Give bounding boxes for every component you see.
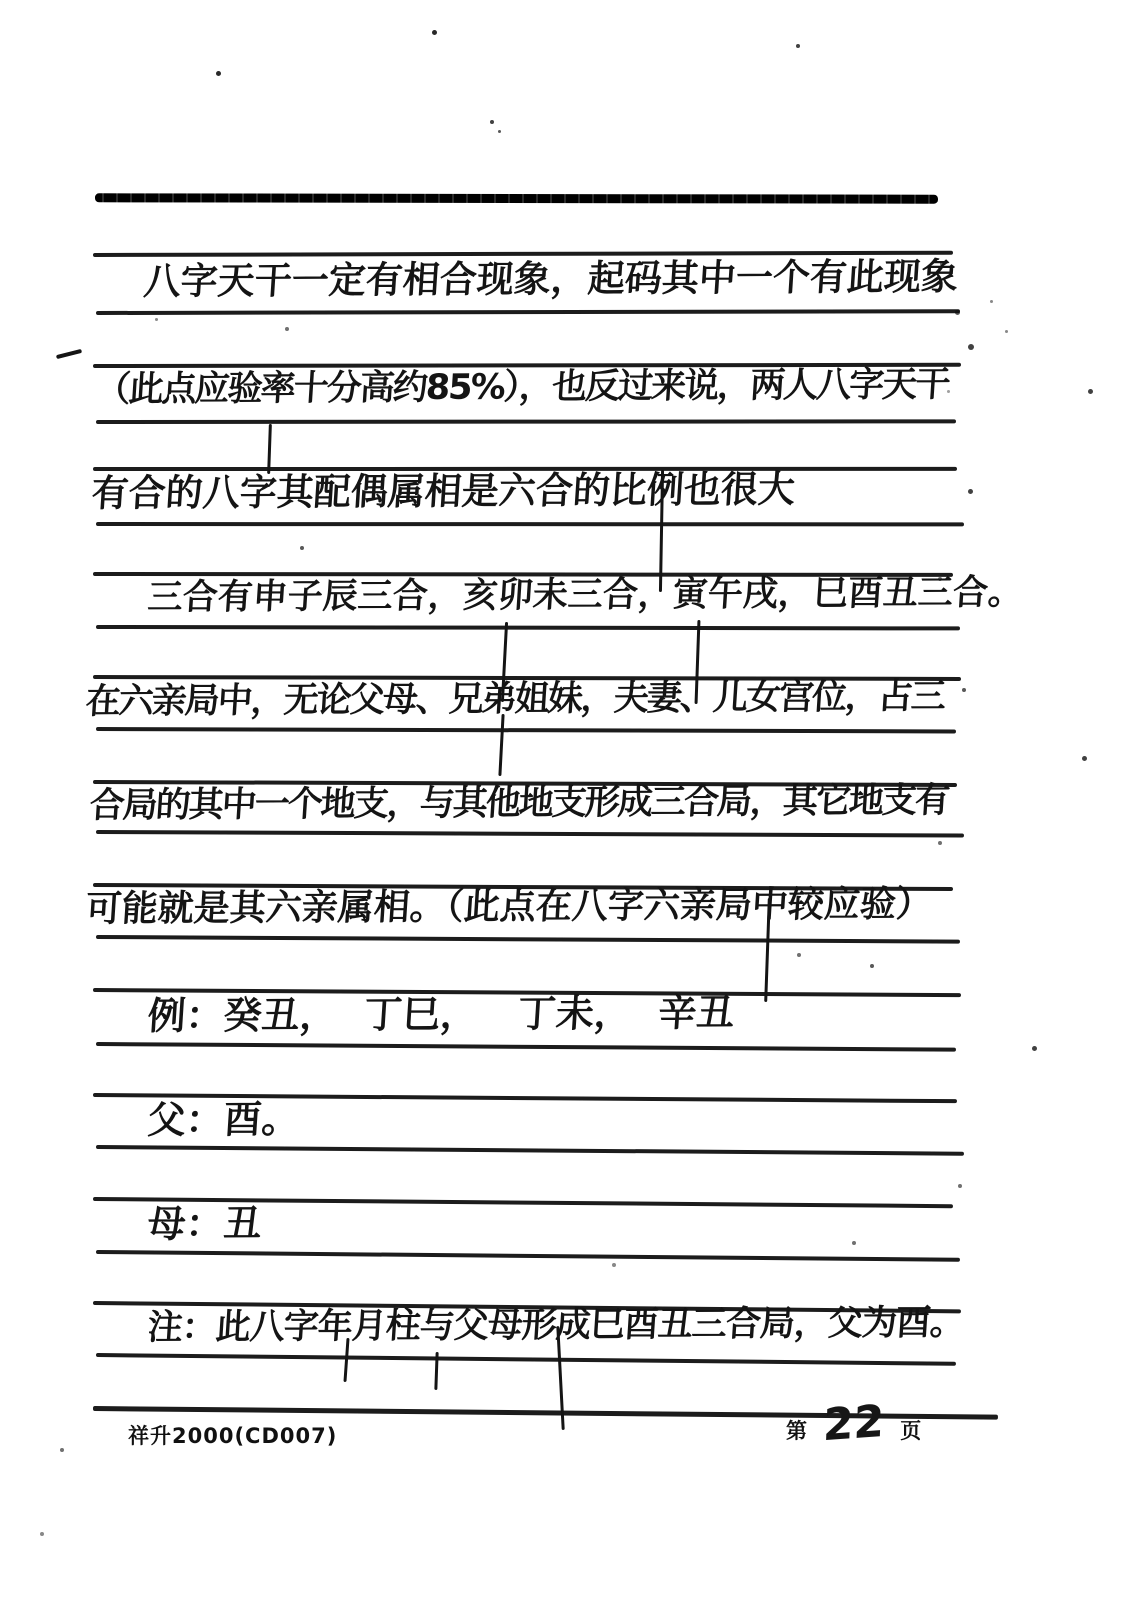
handwritten-line: 在六亲局中，无论父母、兄弟姐妹，夫妻、儿女宫位，占三	[84, 671, 946, 728]
scan-noise-speck	[432, 30, 437, 35]
scan-noise-speck	[938, 841, 942, 845]
scan-noise-speck	[612, 1263, 616, 1267]
handwritten-line: 有合的八字其配偶属相是六合的比例也很大	[90, 464, 797, 520]
scan-noise-speck	[955, 310, 960, 315]
handwritten-line-father: 父：酉。	[146, 1093, 301, 1146]
page-number: 22	[822, 1396, 885, 1452]
ruled-line	[96, 309, 960, 315]
ruled-line	[96, 1250, 960, 1262]
footer-publisher-label: 祥升2000(CD007)	[128, 1420, 337, 1450]
scan-noise-speck	[1005, 330, 1008, 333]
scan-noise-speck	[852, 1241, 856, 1245]
scan-noise-speck	[1032, 1046, 1037, 1051]
ruled-line	[96, 935, 960, 944]
scan-noise-speck	[870, 964, 874, 968]
ruled-line	[96, 1042, 956, 1052]
decorative-top-border	[95, 193, 938, 203]
scan-noise-speck	[216, 71, 221, 76]
scan-noise-speck	[1082, 756, 1087, 761]
handwritten-line: 三合有申子辰三合，亥卯未三合，寅午戌，巳酉丑三合。	[146, 567, 1025, 624]
scan-noise-speck	[300, 546, 304, 550]
scan-noise-speck	[490, 120, 494, 124]
ruled-line	[96, 1353, 956, 1366]
ink-stroke	[434, 1352, 438, 1390]
ruled-line	[96, 625, 960, 630]
scan-noise-speck	[498, 130, 501, 133]
handwritten-line: 八字天干一定有相合现象，起码其中一个有此现象	[142, 251, 960, 308]
scan-noise-speck	[968, 344, 974, 350]
footer-page-indicator: 第 22 页	[786, 1398, 921, 1449]
ruled-line	[96, 1145, 964, 1156]
scan-noise-speck	[285, 327, 289, 331]
scan-noise-speck	[1088, 389, 1093, 394]
scan-noise-speck	[962, 688, 966, 692]
handwritten-line-mother: 母：丑	[146, 1197, 263, 1250]
scan-noise-speck	[990, 300, 993, 303]
scan-noise-speck	[796, 44, 800, 48]
scan-noise-speck	[60, 1448, 64, 1452]
ruled-line	[96, 419, 956, 424]
page-suffix-label: 页	[900, 1415, 921, 1445]
ruled-line	[96, 727, 956, 733]
handwritten-line: 可能就是其六亲属相。（此点在八字六亲局中较应验）	[84, 879, 934, 936]
scan-noise-speck	[968, 489, 973, 494]
scan-noise-speck	[155, 318, 158, 321]
page-prefix-label: 第	[786, 1415, 807, 1445]
scan-noise-speck	[797, 953, 801, 957]
margin-tick-mark	[56, 349, 82, 359]
scan-noise-speck	[40, 1532, 44, 1536]
handwritten-line: 合局的其中一个地支，与其他地支形成三合局，其它地支有	[88, 775, 950, 832]
handwritten-line-note: 注：此八字年月柱与父母形成巳酉丑三合局，父为酉。	[146, 1297, 966, 1354]
handwritten-line-example: 例：癸丑， 丁巳， 丁未， 辛丑	[146, 986, 736, 1042]
scan-noise-speck	[958, 1184, 962, 1188]
ruled-line	[96, 522, 964, 526]
scanned-document-page: 八字天干一定有相合现象，起码其中一个有此现象 （此点应验率十分高约85%），也反…	[0, 0, 1142, 1620]
handwritten-line: （此点应验率十分高约85%），也反过来说，两人八字天干	[94, 359, 950, 416]
